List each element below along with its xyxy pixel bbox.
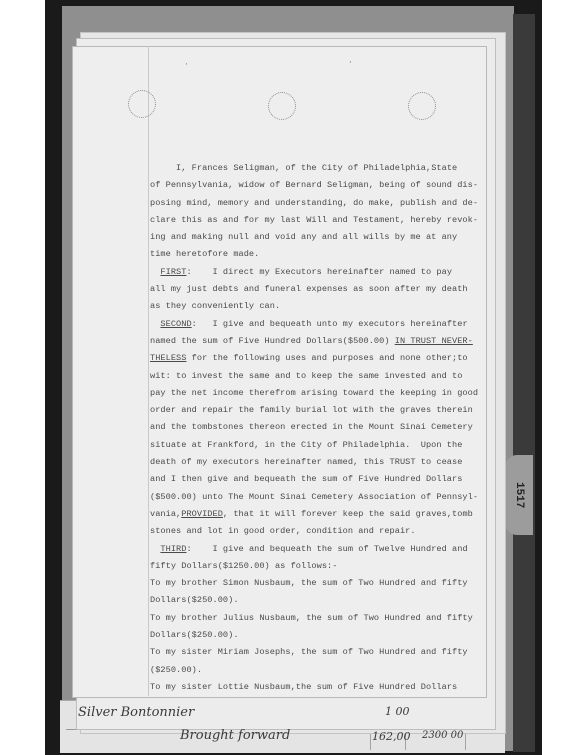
section-heading: IN TRUST NEVER- (395, 336, 473, 346)
text-segment: named the sum of Five Hundred Dollars($5… (150, 336, 395, 346)
text-line: To my sister Miriam Josephs, the sum of … (150, 644, 490, 661)
text-line: To my brother Julius Nusbaum, the sum of… (150, 610, 490, 627)
text-segment: as they conveniently can. (150, 301, 280, 311)
text-line: ing and making null and void any and all… (150, 229, 490, 246)
text-segment: fifty Dollars($1250.00) as follows:- (150, 561, 337, 571)
text-segment: To my sister Miriam Josephs, the sum of … (150, 647, 468, 657)
text-line: situate at Frankford, in the City of Phi… (150, 437, 490, 454)
text-segment: , that it will forever keep the said gra… (223, 509, 473, 519)
text-line: vania,PROVIDED, that it will forever kee… (150, 506, 490, 523)
text-segment: ($500.00) unto The Mount Sinai Cemetery … (150, 492, 478, 502)
text-line: To my sister Lottie Nusbaum,the sum of F… (150, 679, 490, 696)
section-heading: FIRST (160, 267, 186, 277)
text-segment: : I give and bequeath the sum of Twelve … (186, 544, 467, 554)
text-segment: of Pennsylvania, widow of Bernard Seligm… (150, 180, 478, 190)
section-heading: THIRD (160, 544, 186, 554)
text-segment: ($250.00). (150, 665, 202, 675)
text-segment: order and repair the family burial lot w… (150, 405, 473, 415)
text-line: THELESS for the following uses and purpo… (150, 350, 490, 367)
text-segment: pay the net income therefrom arising tow… (150, 388, 478, 398)
text-line: time heretofore made. (150, 246, 490, 263)
text-segment: clare this as and for my last Will and T… (150, 215, 478, 225)
text-segment: To my brother Julius Nusbaum, the sum of… (150, 613, 473, 623)
text-segment: stones and lot in good order, condition … (150, 526, 416, 536)
text-segment: for the following uses and purposes and … (186, 353, 467, 363)
text-line: FIRST: I direct my Executors hereinafter… (150, 264, 490, 281)
text-segment: vania, (150, 509, 181, 519)
text-segment: posing mind, memory and understanding, d… (150, 198, 478, 208)
text-segment: To my brother Simon Nusbaum, the sum of … (150, 578, 468, 588)
text-line: To my brother Simon Nusbaum, the sum of … (150, 575, 490, 592)
text-line: Dollars($250.00). (150, 592, 490, 609)
ledger-total-amount: 2300 00 (422, 730, 463, 741)
text-line: and the tombstones thereon erected in th… (150, 419, 490, 436)
text-line: clare this as and for my last Will and T… (150, 212, 490, 229)
text-segment: wit: to invest the same and to keep the … (150, 371, 462, 381)
ledger-entry-name: Silver Bontonnier (78, 705, 194, 720)
ledger-carried-label: Brought forward (180, 728, 290, 743)
text-line: death of my executors hereinafter named,… (150, 454, 490, 471)
text-segment: and the tombstones thereon erected in th… (150, 422, 473, 432)
text-line: posing mind, memory and understanding, d… (150, 195, 490, 212)
punch-hole-mark (268, 92, 296, 120)
text-line: stones and lot in good order, condition … (150, 523, 490, 540)
text-line: of Pennsylvania, widow of Bernard Seligm… (150, 177, 490, 194)
punch-hole-mark (128, 90, 156, 118)
text-segment: and I then give and bequeath the sum of … (150, 474, 462, 484)
text-segment: time heretofore made. (150, 249, 259, 259)
section-heading: THELESS (150, 353, 186, 363)
text-segment: all my just debts and funeral expenses a… (150, 284, 468, 294)
text-line: ($500.00) unto The Mount Sinai Cemetery … (150, 489, 490, 506)
ledger-entry-amount: 1 00 (385, 705, 410, 718)
text-segment: Dollars($250.00). (150, 630, 239, 640)
text-segment: : I direct my Executors hereinafter name… (186, 267, 452, 277)
text-line: SECOND: I give and bequeath unto my exec… (150, 316, 490, 333)
index-tab-number: 1517 (508, 470, 530, 520)
section-heading: SECOND (160, 319, 191, 329)
text-line: fifty Dollars($1250.00) as follows:- (150, 558, 490, 575)
text-segment: : I give and bequeath unto my executors … (192, 319, 468, 329)
text-line: THIRD: I give and bequeath the sum of Tw… (150, 541, 490, 558)
margin-rule (148, 46, 149, 696)
scan-speck: · (184, 60, 189, 69)
section-heading: PROVIDED (181, 509, 223, 519)
punch-hole-mark (408, 92, 436, 120)
text-line: ($250.00). (150, 662, 490, 679)
text-line: and I then give and bequeath the sum of … (150, 471, 490, 488)
text-line: named the sum of Five Hundred Dollars($5… (150, 333, 490, 350)
text-segment: I, Frances Seligman, of the City of Phil… (176, 163, 457, 173)
text-line: order and repair the family burial lot w… (150, 402, 490, 419)
text-line: wit: to invest the same and to keep the … (150, 368, 490, 385)
text-segment: death of my executors hereinafter named,… (150, 457, 462, 467)
text-line: Dollars($250.00). (150, 627, 490, 644)
text-line: as they conveniently can. (150, 298, 490, 315)
text-line: I, Frances Seligman, of the City of Phil… (150, 160, 490, 177)
will-body-text: I, Frances Seligman, of the City of Phil… (150, 160, 490, 696)
ledger-carried-amount: 162,00 (372, 730, 411, 743)
text-segment: ing and making null and void any and all… (150, 232, 457, 242)
scan-speck: · (348, 58, 353, 67)
text-segment: situate at Frankford, in the City of Phi… (150, 440, 462, 450)
text-segment: To my sister Lottie Nusbaum,the sum of F… (150, 682, 457, 692)
text-line: pay the net income therefrom arising tow… (150, 385, 490, 402)
text-segment: Dollars($250.00). (150, 595, 239, 605)
binder-spine (513, 14, 535, 752)
text-line: all my just debts and funeral expenses a… (150, 281, 490, 298)
